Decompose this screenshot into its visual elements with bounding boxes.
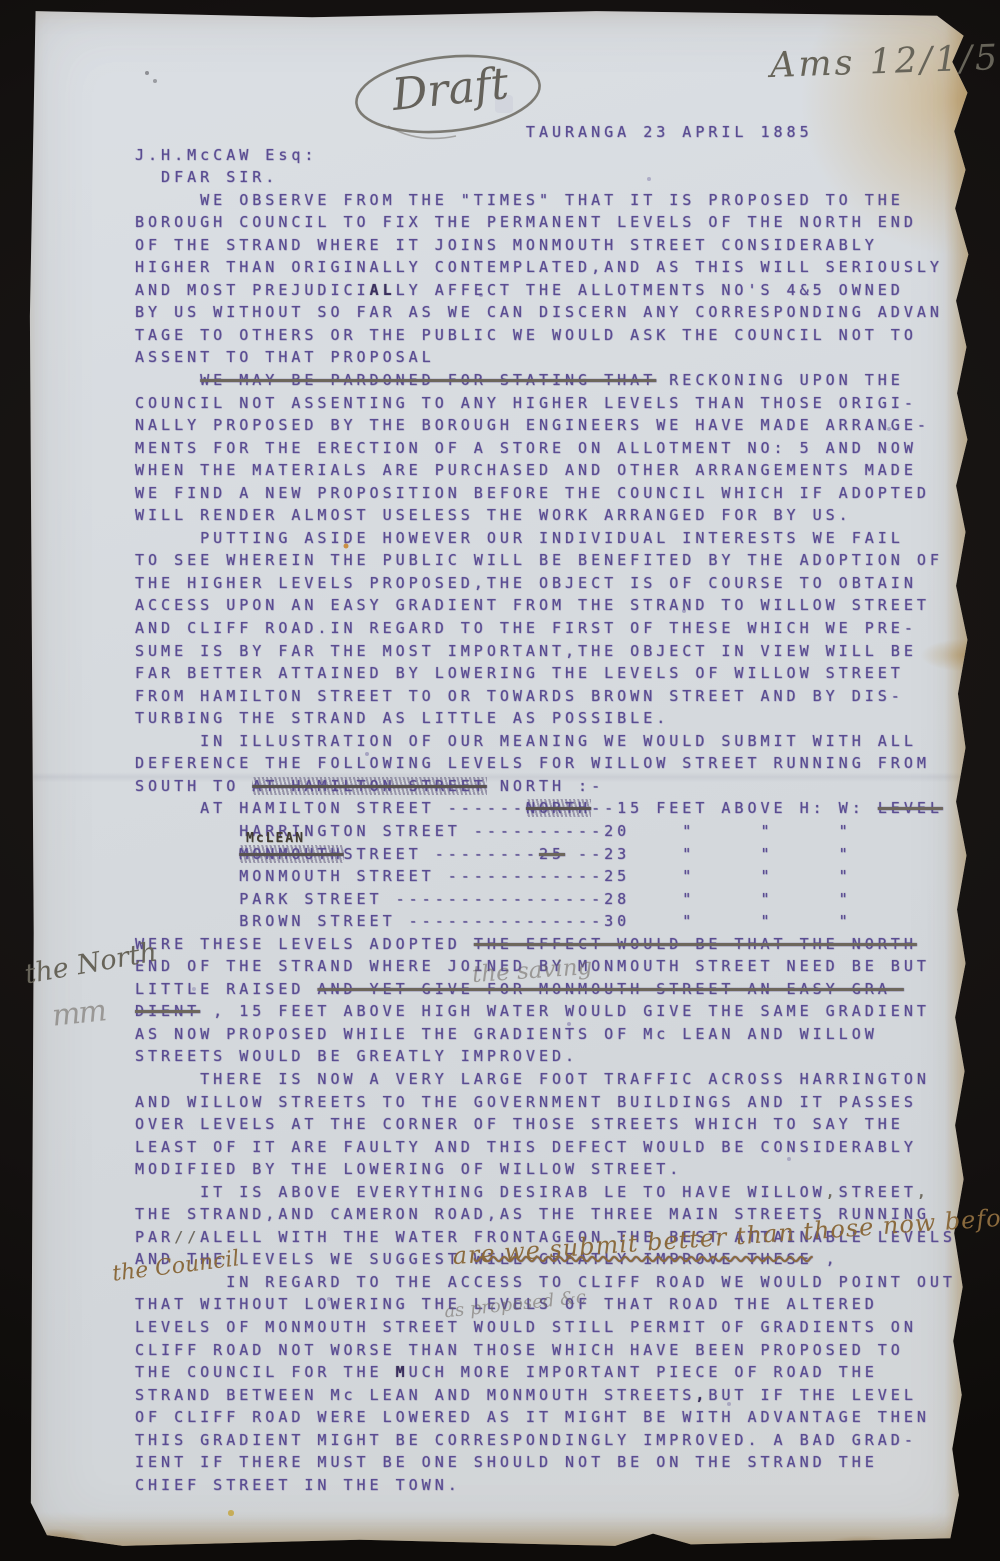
typed-line: AT HAMILTON STREET ------NORTH--15 FEET … — [135, 797, 965, 820]
typed-line: WILL RENDER ALMOST USELESS THE WORK ARRA… — [135, 504, 965, 527]
typed-line: WE OBSERVE FROM THE "TIMES" THAT IT IS P… — [135, 189, 965, 212]
typed-line: IN ILLUSTRATION OF OUR MEANING WE WOULD … — [135, 730, 965, 753]
typed-line: STRAND BETWEEN Mc LEAN AND MONMOUTH STRE… — [135, 1384, 965, 1407]
typed-line: IENT IF THERE MUST BE ONE SHOULD NOT BE … — [135, 1451, 965, 1474]
typed-line: WHEN THE MATERIALS ARE PURCHASED AND OTH… — [135, 459, 965, 482]
typed-line: THIS GRADIENT MIGHT BE CORRESPONDINGLY I… — [135, 1429, 965, 1452]
typed-line: LEVELS OF MONMOUTH STREET WOULD STILL PE… — [135, 1316, 965, 1339]
typed-line: STREETS WOULD BE GREATLY IMPROVED. — [135, 1045, 965, 1068]
typed-line: THERE IS NOW A VERY LARGE FOOT TRAFFIC A… — [135, 1068, 965, 1091]
typed-line: FAR BETTER ATTAINED BY LOWERING THE LEVE… — [135, 662, 965, 685]
ink-speckles — [28, 8, 30, 10]
typed-line: MONMOUTH STREET ------------25 " " " — [135, 865, 965, 888]
typed-line: BOROUGH COUNCIL TO FIX THE PERMANENT LEV… — [135, 211, 965, 234]
typed-line: SUME IS BY FAR THE MOST IMPORTANT,THE OB… — [135, 640, 965, 663]
typed-line: DFAR SIR. — [135, 166, 965, 189]
typed-line: OF CLIFF ROAD WERE LOWERED AS IT MIGHT B… — [135, 1406, 965, 1429]
typed-line: SOUTH TO AT HAMILTON STREET NORTH :- — [135, 775, 965, 798]
typed-line: HIGHER THAN ORIGINALLY CONTEMPLATED,AND … — [135, 256, 965, 279]
typed-line: WERE THESE LEVELS ADOPTED THE EFFECT WOU… — [135, 933, 965, 956]
scan-stage: TAURANGA 23 APRIL 1885J.H.McCAW Esq: DFA… — [0, 0, 1000, 1561]
typed-line: IT IS ABOVE EVERYTHING DESIRAB LE TO HAV… — [135, 1181, 965, 1204]
mclean-correction: McLEAN — [246, 831, 305, 846]
typed-line: THE COUNCIL FOR THE MUCH MORE IMPORTANT … — [135, 1361, 965, 1384]
typed-line: AS NOW PROPOSED WHILE THE GRADIENTS OF M… — [135, 1023, 965, 1046]
typed-line: TURBING THE STRAND AS LITTLE AS POSSIBLE… — [135, 707, 965, 730]
typed-line: AND WILLOW STREETS TO THE GOVERNMENT BUI… — [135, 1091, 965, 1114]
typed-line: NALLY PROPOSED BY THE BOROUGH ENGINEERS … — [135, 414, 965, 437]
typed-line: ASSENT TO THAT PROPOSAL — [135, 346, 965, 369]
margin-scribble: mm — [50, 993, 106, 1033]
typed-line: DIENT , 15 FEET ABOVE HIGH WATER WOULD G… — [135, 1000, 965, 1023]
typed-line: COUNCIL NOT ASSENTING TO ANY HIGHER LEVE… — [135, 392, 965, 415]
typed-line: WE FIND A NEW PROPOSITION BEFORE THE COU… — [135, 482, 965, 505]
typed-line: OF THE STRAND WHERE IT JOINS MONMOUTH ST… — [135, 234, 965, 257]
typed-line: TAURANGA 23 APRIL 1885 — [135, 121, 965, 144]
typed-line: TO SEE WHEREIN THE PUBLIC WILL BE BENEFI… — [135, 549, 965, 572]
typed-line: ACCESS UPON AN EASY GRADIENT FROM THE ST… — [135, 594, 965, 617]
typed-line: BY US WITHOUT SO FAR AS WE CAN DISCERN A… — [135, 301, 965, 324]
typed-line: AND MOST PREJUDICIALLY AFFECT THE ALLOTM… — [135, 279, 965, 302]
draft-stamp: Draft — [348, 48, 548, 142]
typed-line: BROWN STREET ---------------30 " " " — [135, 910, 965, 933]
typed-line: THE HIGHER LEVELS PROPOSED,THE OBJECT IS… — [135, 572, 965, 595]
typed-line: MENTS FOR THE ERECTION OF A STORE ON ALL… — [135, 437, 965, 460]
typed-line: TAGE TO OTHERS OR THE PUBLIC WE WOULD AS… — [135, 324, 965, 347]
typed-line: AND CLIFF ROAD.IN REGARD TO THE FIRST OF… — [135, 617, 965, 640]
typed-line: PUTTING ASIDE HOWEVER OUR INDIVIDUAL INT… — [135, 527, 965, 550]
typed-line: CHIEF STREET IN THE TOWN. — [135, 1474, 965, 1497]
typed-line: OVER LEVELS AT THE CORNER OF THOSE STREE… — [135, 1113, 965, 1136]
typed-line: MODIFIED BY THE LOWERING OF WILLOW STREE… — [135, 1158, 965, 1181]
typed-line: J.H.McCAW Esq: — [135, 144, 965, 167]
typed-line: FROM HAMILTON STREET TO OR TOWARDS BROWN… — [135, 685, 965, 708]
archive-ref: Ams 12/1/5 — [769, 38, 1000, 86]
typed-line: PARK STREET ----------------28 " " " — [135, 888, 965, 911]
typed-line: WE MAY BE PARDONED FOR STATING THAT RECK… — [135, 369, 965, 392]
typed-line: CLIFF ROAD NOT WORSE THAN THOSE WHICH HA… — [135, 1339, 965, 1362]
typed-line: DEFERENCE THE FOLLOWING LEVELS FOR WILLO… — [135, 752, 965, 775]
typed-line: LEAST OF IT ARE FAULTY AND THIS DEFECT W… — [135, 1136, 965, 1159]
